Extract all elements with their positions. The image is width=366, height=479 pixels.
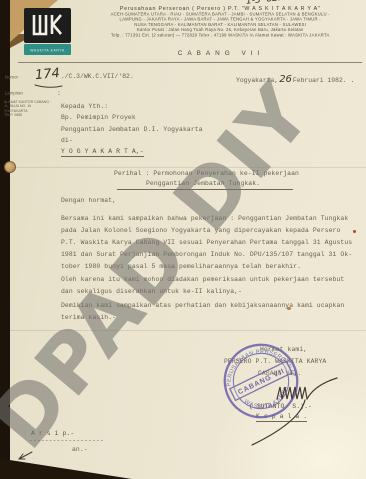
branch-heading: CABANG VII <box>80 50 362 57</box>
lampiran-colon: : <box>57 90 61 97</box>
nomor-value: 174 ./C.3/WK.C.VII/'82. <box>35 67 134 82</box>
recipient-project: Penggantian Jembatan D.I. Yogyakarta <box>61 126 203 133</box>
waskita-karya-logo: WASKITA KARYA <box>24 8 71 56</box>
scanned-letter-page: WASKITA KARYA Perusahaan Perseroan ( Per… <box>0 0 366 479</box>
salutation: Dengan hormat, <box>61 197 116 204</box>
arsip-an: an.- <box>72 446 88 453</box>
recipient-di: di- <box>61 137 73 144</box>
handwritten-nomor: 174 <box>34 66 60 83</box>
recipient-name: Bp. Pemimpin Proyek <box>61 114 136 121</box>
letterhead-divider <box>18 62 362 63</box>
letterhead: Perusahaan Perseroan ( Persero ) P.T. "W… <box>76 5 364 39</box>
recipient-salutation: Kepada Yth.: <box>61 103 108 110</box>
company-name-line: Perusahaan Perseroan ( Persero ) P.T. "W… <box>76 5 364 11</box>
lampiran-label: Lampiran <box>5 91 23 96</box>
branch-address-block: ALAMAT KANTOR CABANG : JL. MUJA NO. 16 Y… <box>4 100 51 118</box>
nomor-label: Nomor <box>5 75 18 80</box>
typed-nomor: ./C.3/WK.C.VII/'82. <box>61 73 134 80</box>
branch-address-line: TELP. 2886 <box>4 113 51 117</box>
orange-speck <box>287 307 291 310</box>
logo-caption: WASKITA KARYA <box>30 49 65 53</box>
staple-dot <box>4 161 16 173</box>
branch-rubber-stamp: PERUSAHAAN PERSEROAN (PERSERO) WASKITA K… <box>221 341 301 421</box>
phone-telex-line: Telp. : 771391 Ext. (2 saluran) — 772829… <box>76 33 364 38</box>
recipient-city: Y O G Y A K A R T A,- <box>61 148 144 157</box>
red-speck <box>353 230 356 233</box>
typed-date: Februari 1982. . <box>293 77 354 84</box>
handwritten-date-day: 26 <box>279 74 292 85</box>
